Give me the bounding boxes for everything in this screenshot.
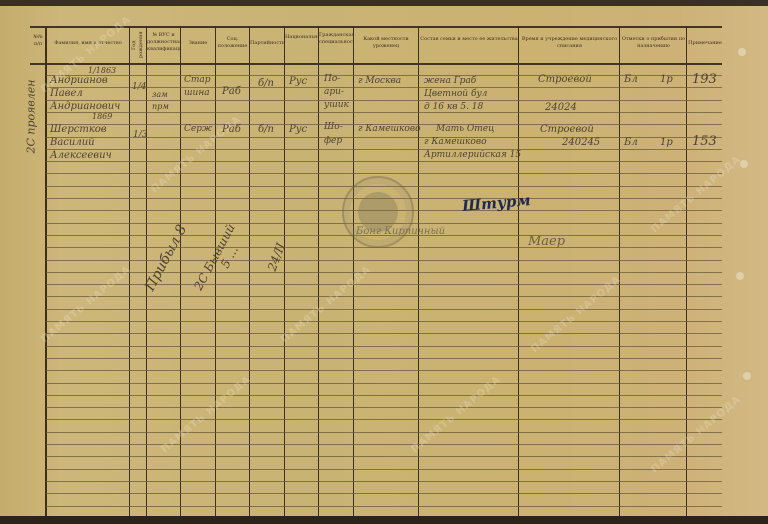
pin-hole xyxy=(740,160,748,168)
row1-party: б/п xyxy=(258,78,274,89)
row2-civ-2: фер xyxy=(324,136,342,146)
ruled-line xyxy=(46,506,722,507)
pin-hole xyxy=(743,372,751,380)
row2-enlist-1: Строевой xyxy=(540,124,594,135)
row1-vus-2: прм xyxy=(152,102,169,111)
ruled-line xyxy=(46,407,722,408)
ruled-line xyxy=(46,358,722,359)
ruled-line xyxy=(46,87,722,88)
ruled-line xyxy=(46,149,722,150)
ruled-line xyxy=(46,260,722,261)
pin-hole xyxy=(736,272,744,280)
row2-enlist-2: 240245 xyxy=(562,137,600,148)
ruled-line xyxy=(46,370,722,371)
ruled-line xyxy=(46,383,722,384)
row1-civ-1: По- xyxy=(324,74,340,84)
header-nationality: Национальность xyxy=(285,34,318,41)
ruled-line xyxy=(46,481,722,482)
ruled-line xyxy=(46,456,722,457)
ruled-line xyxy=(46,493,722,494)
header-family: Состав семьи и место ее жительства xyxy=(420,36,518,43)
row2-family-2: г Камешково xyxy=(424,137,487,147)
row2-birth: 1/3 xyxy=(133,130,147,140)
row2-arrival-1: Бл xyxy=(624,137,638,148)
row2-civ-1: Шо- xyxy=(324,122,343,132)
ruled-line xyxy=(46,432,722,433)
row1-enlist-2: 24024 xyxy=(545,102,577,113)
ruled-line xyxy=(46,321,722,322)
header-party: Партийность xyxy=(250,40,284,47)
ruled-line xyxy=(46,309,722,310)
row2-arrival-2: 1р xyxy=(660,137,673,148)
header-enlist: Время и учреждение медицинского списания xyxy=(520,36,619,50)
row1-arrival-1: Бл xyxy=(624,74,638,85)
row1-rank-1: Стар xyxy=(184,75,211,85)
row2-family-3: Артиллерийская 15 xyxy=(424,150,521,160)
ruled-line xyxy=(46,161,722,162)
row2-patronymic: Алексеевич xyxy=(50,150,112,161)
row2-rank: Серж xyxy=(184,124,212,134)
row2-nationality: Рус xyxy=(289,124,307,135)
ruled-line xyxy=(46,272,722,273)
row1-vus-1: зам xyxy=(152,90,168,99)
row2-origin: г Камешково xyxy=(358,124,421,134)
header-num: №№ п/п xyxy=(31,34,45,48)
row2-family-1: Мать Отец xyxy=(436,124,494,134)
row1-origin: г Москва xyxy=(358,76,401,86)
row1-rank-2: шина xyxy=(184,88,210,98)
header-remarks: Примечание xyxy=(687,40,723,47)
document-sheet: №№ п/п Фамилия, имя и отчество Год рожде… xyxy=(0,0,768,524)
ruled-line xyxy=(46,419,722,420)
row1-civ-2: ари- xyxy=(324,87,344,97)
header-citizenship: Гражданская специальность xyxy=(319,32,353,46)
ruled-line xyxy=(46,395,722,396)
row1-enlist-1: Строевой xyxy=(538,74,592,85)
signature-grey: Бонг Кирпичный xyxy=(356,226,445,237)
row1-patronymic: Андрианович xyxy=(50,101,120,112)
header-rank: Звание xyxy=(181,40,215,47)
row1-arrival-2: 1р xyxy=(660,74,673,85)
row1-family-3: д 16 кв 5. 18 xyxy=(424,102,483,112)
row1-nationality: Рус xyxy=(289,76,307,87)
header-status: Соц. положение xyxy=(216,36,249,50)
ruled-line xyxy=(46,333,722,334)
row1-civ-3: ушик xyxy=(324,100,349,110)
row1-birth: 1/4 xyxy=(132,82,146,92)
row2-party: б/п xyxy=(258,124,274,135)
row1-remarks: 193 xyxy=(692,72,717,87)
row1-firstname: Павел xyxy=(50,88,83,99)
official-stamp xyxy=(342,176,414,248)
margin-annotation: 2С проявлен xyxy=(25,79,38,153)
row2-remarks: 153 xyxy=(692,134,717,149)
header-vus: № ВУС и должностная квалификация xyxy=(147,32,180,53)
row2-status: Раб xyxy=(222,124,241,135)
scan-top-edge xyxy=(0,0,768,6)
signature-blue: Штурм xyxy=(461,191,531,215)
pin-hole xyxy=(738,48,746,56)
watermark: ПАМЯТЬ НАРОДА xyxy=(530,275,623,355)
ruled-line xyxy=(46,100,722,101)
ruled-line xyxy=(46,112,722,113)
row2-surname: Шерстков xyxy=(50,124,107,135)
row2-firstname: Василий xyxy=(50,137,95,148)
ruled-line xyxy=(46,469,722,470)
scan-bottom-edge xyxy=(0,516,768,524)
row1-family-1: жена Граб xyxy=(424,76,476,86)
ruled-line xyxy=(46,346,722,347)
header-arrival: Отметки о прибытии по назначению xyxy=(621,36,686,50)
row1-status: Раб xyxy=(222,86,241,97)
ruled-line xyxy=(46,296,722,297)
header-origin: Какой местности уроженец xyxy=(354,36,418,50)
row1-surname: Андрианов xyxy=(50,75,108,86)
row1-family-2: Цветной бул xyxy=(424,89,487,99)
row2-number-note: 1869 xyxy=(92,112,112,121)
ruled-line xyxy=(46,444,722,445)
header-birth: Год рождения xyxy=(131,30,145,60)
diagonal-note-1: Прибыл 8 xyxy=(142,222,190,293)
ruled-line xyxy=(46,173,722,174)
signature-right: Маер xyxy=(528,234,565,249)
row1-number-note: 1/1863 xyxy=(88,66,116,75)
